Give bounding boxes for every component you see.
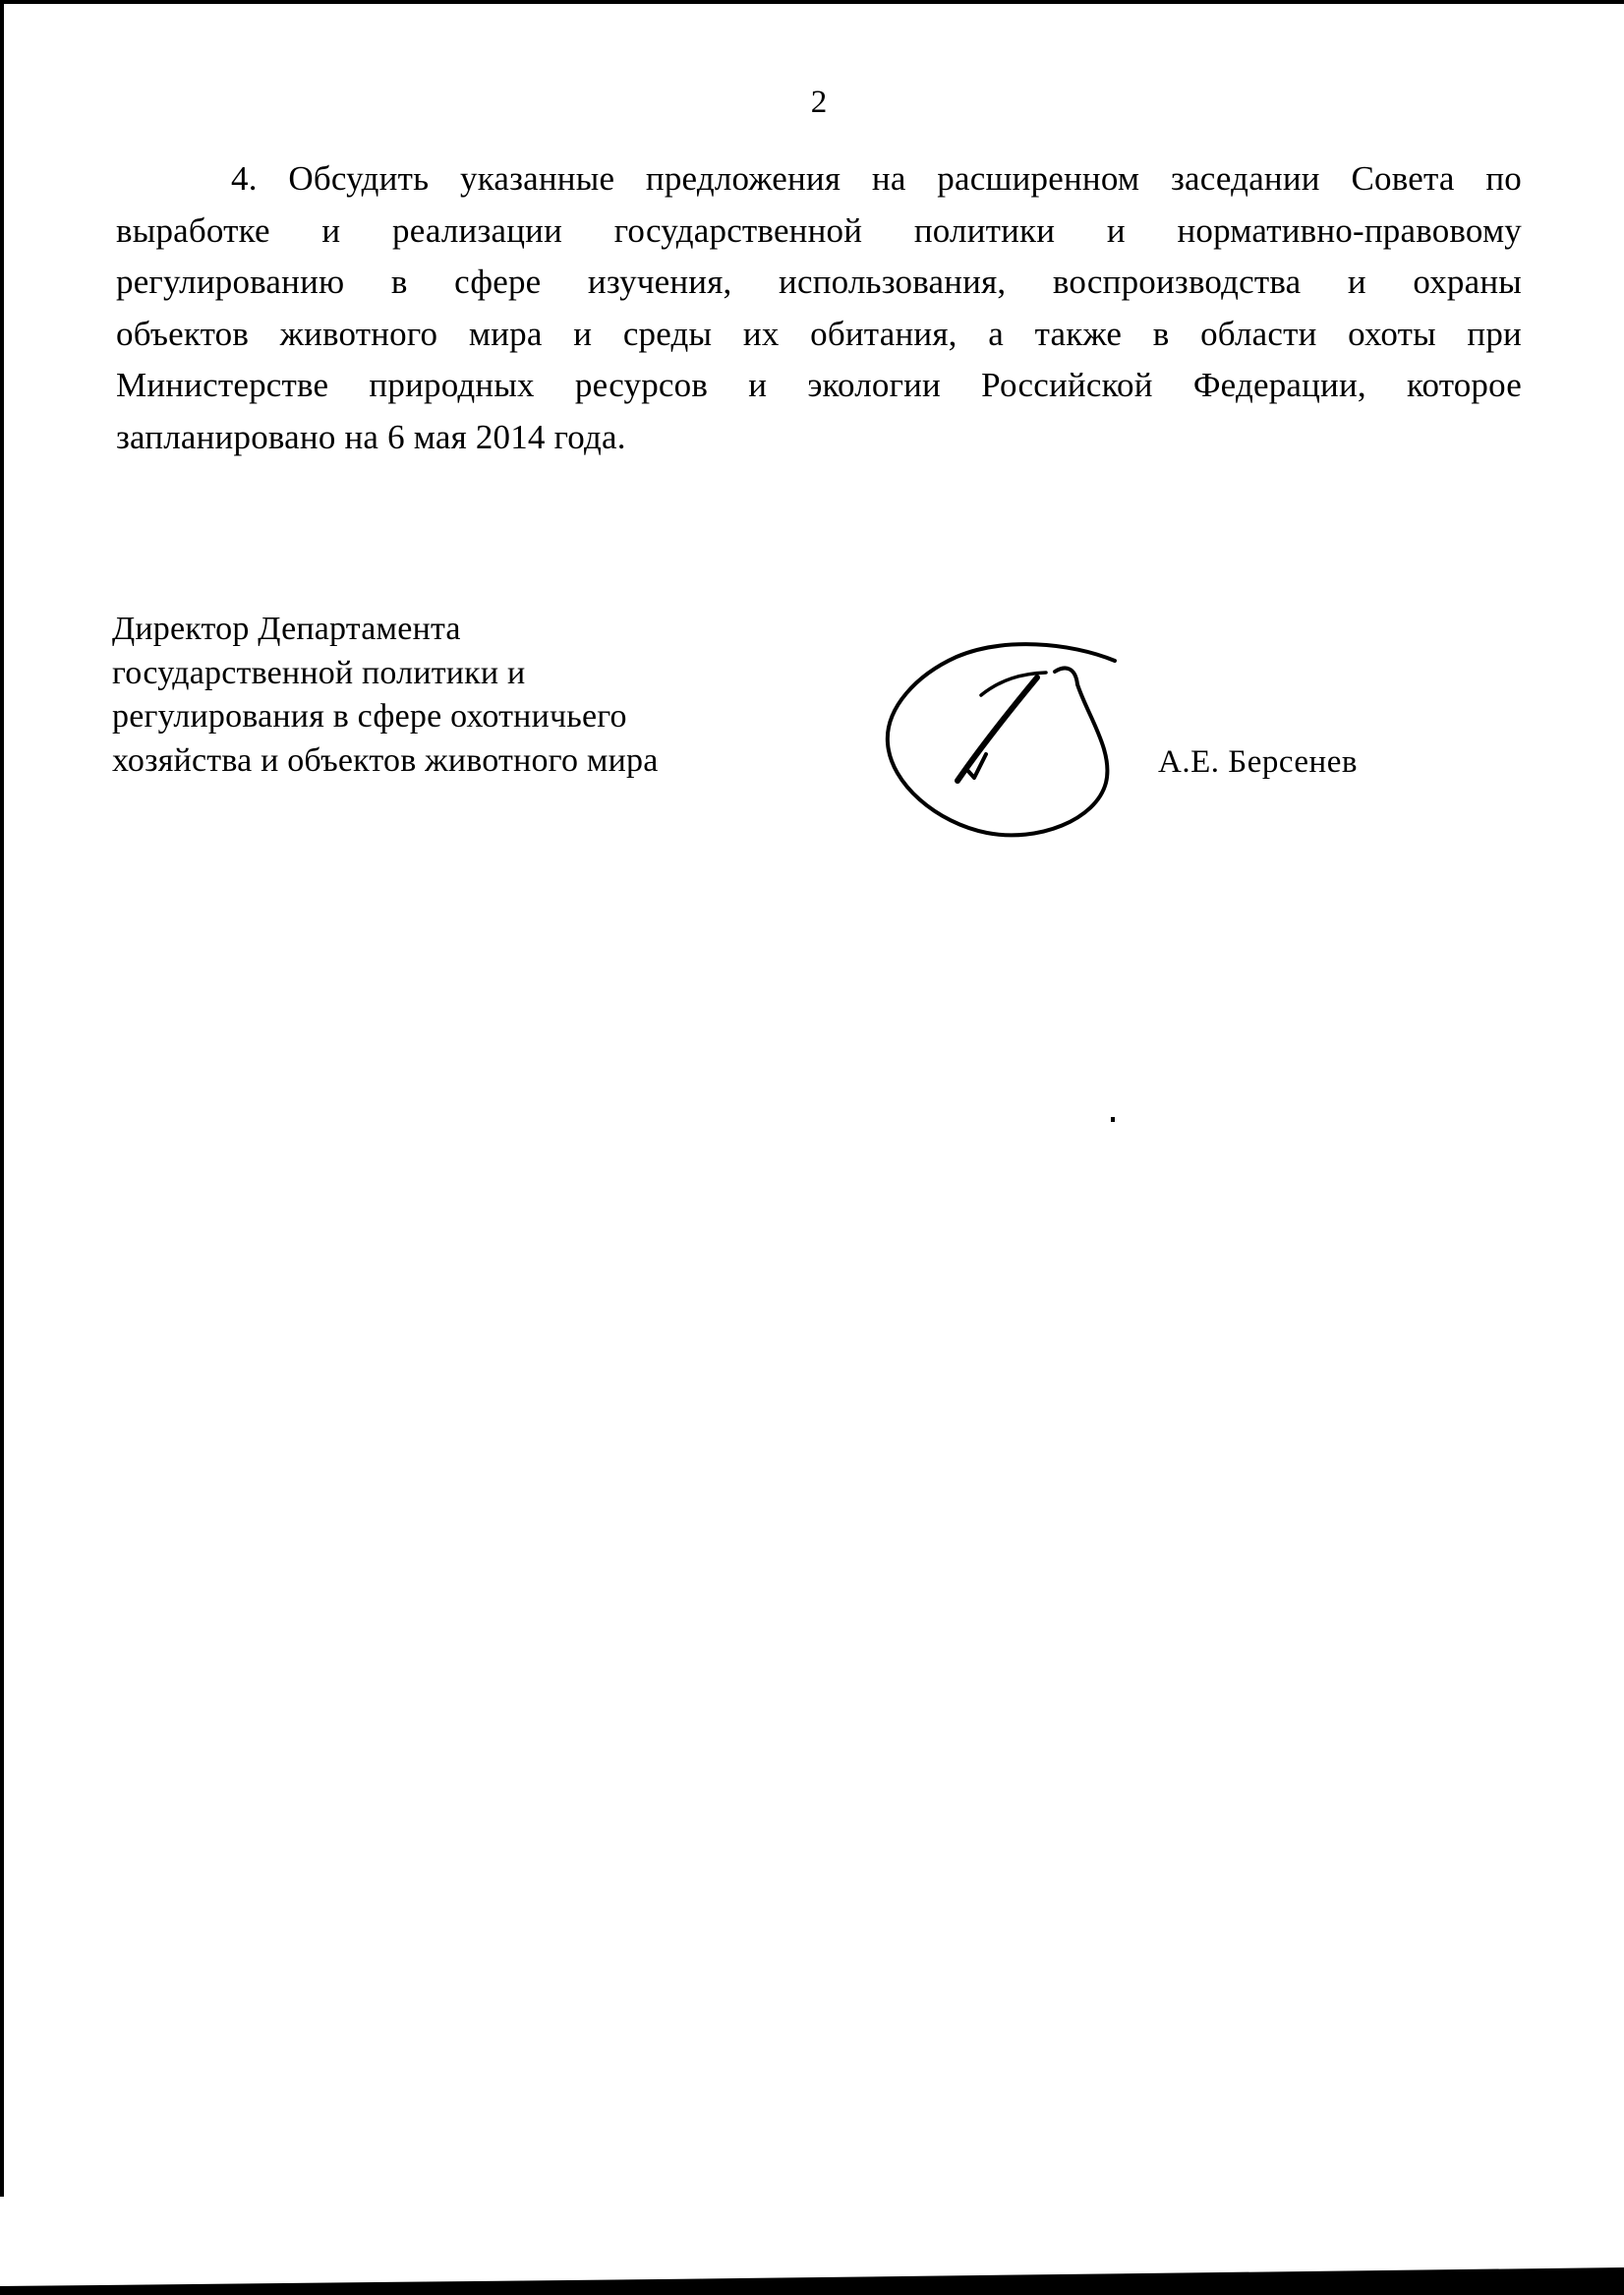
body-paragraph: 4. Обсудить указанные предложения на рас… xyxy=(116,153,1522,463)
paragraph-line: объектов животного мира и среды их обита… xyxy=(116,309,1522,361)
scan-artifact-top-edge xyxy=(0,0,1624,4)
scan-artifact-left-edge xyxy=(0,0,4,2197)
signer-title: Директор Департамента государственной по… xyxy=(112,608,840,783)
scan-artifact-bottom-band xyxy=(0,2267,1624,2295)
signer-title-line: регулирования в сфере охотничьего xyxy=(112,695,840,739)
signature-icon xyxy=(881,639,1148,844)
paragraph-line: Министерстве природных ресурсов и эколог… xyxy=(116,360,1522,412)
paragraph-line: регулированию в сфере изучения, использо… xyxy=(116,257,1522,309)
signer-title-line: государственной политики и xyxy=(112,652,840,696)
signer-title-line: Директор Департамента xyxy=(112,608,840,652)
scan-artifact-speck xyxy=(1111,1117,1115,1122)
signer-name: А.Е. Берсенев xyxy=(1158,743,1358,781)
document-page: 2 4. Обсудить указанные предложения на р… xyxy=(0,0,1624,2295)
paragraph-line: выработке и реализации государственной п… xyxy=(116,206,1522,258)
paragraph-line: запланировано на 6 мая 2014 года. xyxy=(116,412,1522,464)
signer-title-line: хозяйства и объектов животного мира xyxy=(112,739,840,784)
paragraph-line: 4. Обсудить указанные предложения на рас… xyxy=(116,153,1522,206)
page-number: 2 xyxy=(116,85,1522,120)
